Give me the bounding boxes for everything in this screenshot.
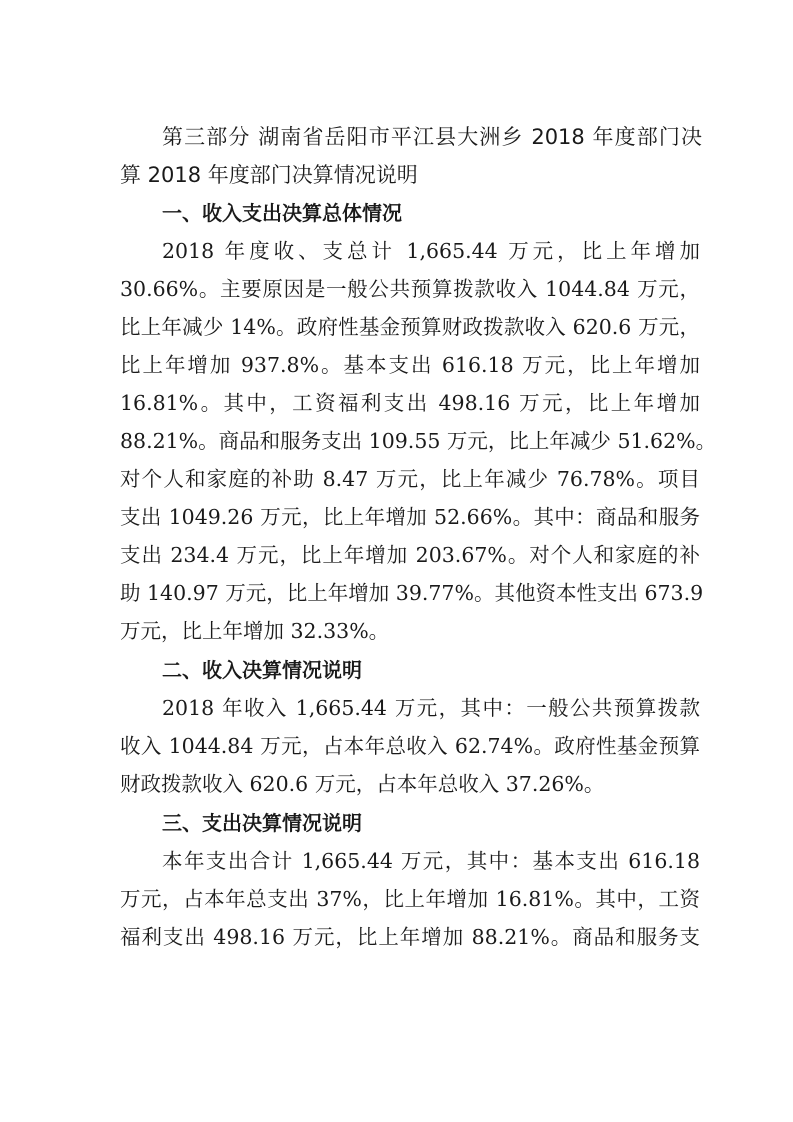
section-1-heading: 一、收入支出决算总体情况 [162,198,700,228]
document-title-line-2: 算 2018 年度部门决算情况说明 [120,160,700,190]
section-1-paragraph-line: 支出 234.4 万元，比上年增加 203.67%。对个人和家庭的补 [120,540,700,570]
section-1-paragraph-line: 对个人和家庭的补助 8.47 万元，比上年减少 76.78%。项目 [120,464,700,494]
section-3-paragraph-line: 福利支出 498.16 万元，比上年增加 88.21%。商品和服务支 [120,922,700,952]
section-2-heading: 二、收入决算情况说明 [162,655,700,685]
document-page: 第三部分 湖南省岳阳市平江县大洲乡 2018 年度部门决 算 2018 年度部门… [0,0,793,1122]
section-3-paragraph-line: 本年支出合计 1,665.44 万元，其中：基本支出 616.18 [162,846,700,876]
section-1-paragraph-line: 比上年减少 14%。政府性基金预算财政拨款收入 620.6 万元， [120,312,700,342]
section-1-paragraph-line: 万元，比上年增加 32.33%。 [120,616,700,646]
section-1-paragraph-line: 支出 1049.26 万元，比上年增加 52.66%。其中：商品和服务 [120,502,700,532]
section-2-paragraph-line: 收入 1044.84 万元，占本年总收入 62.74%。政府性基金预算 [120,731,700,761]
section-2-paragraph-line: 2018 年收入 1,665.44 万元，其中：一般公共预算拨款 [162,693,700,723]
section-1-paragraph-line: 2018 年度收、支总计 1,665.44 万元，比上年增加 [162,236,700,266]
document-title-line-1: 第三部分 湖南省岳阳市平江县大洲乡 2018 年度部门决 [162,122,702,152]
section-3-heading: 三、支出决算情况说明 [162,808,700,838]
section-3-paragraph-line: 万元，占本年总支出 37%，比上年增加 16.81%。其中，工资 [120,884,700,914]
section-1-paragraph-line: 比上年增加 937.8%。基本支出 616.18 万元，比上年增加 [120,350,700,380]
section-1-paragraph-line: 88.21%。商品和服务支出 109.55 万元，比上年减少 51.62%。 [120,426,700,456]
section-1-paragraph-line: 16.81%。其中，工资福利支出 498.16 万元，比上年增加 [120,388,700,418]
section-1-paragraph-line: 助 140.97 万元，比上年增加 39.77%。其他资本性支出 673.9 [120,578,700,608]
section-2-paragraph-line: 财政拨款收入 620.6 万元，占本年总收入 37.26%。 [120,769,700,799]
section-1-paragraph-line: 30.66%。主要原因是一般公共预算拨款收入 1044.84 万元， [120,274,700,304]
